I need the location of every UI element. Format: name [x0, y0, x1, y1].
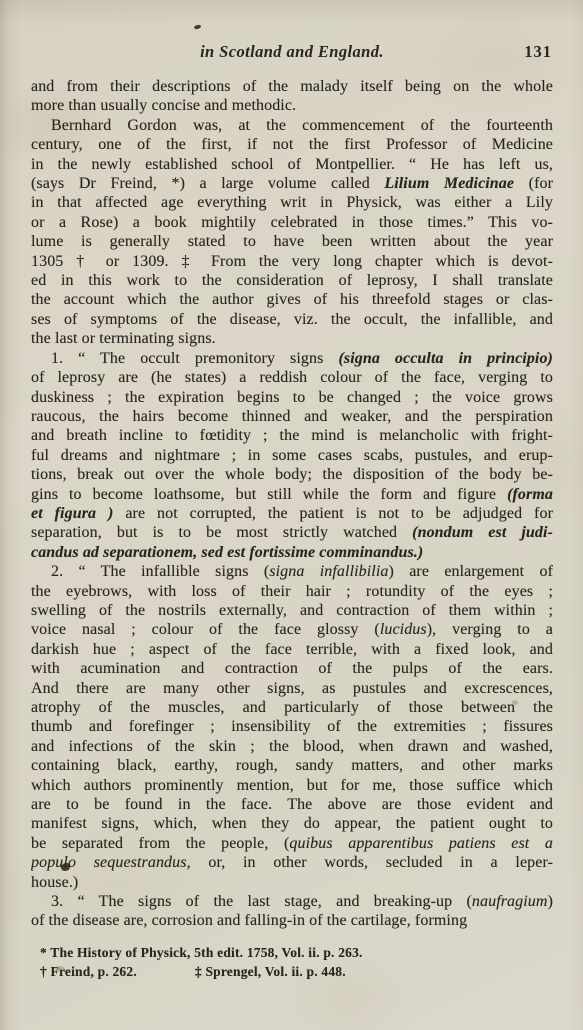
text-line: of the disease are, corrosion and fallin… — [31, 911, 553, 930]
latin-phrase: naufragium — [472, 893, 548, 910]
text-line: 1. “ The occult premonitory signs (signa… — [31, 349, 553, 368]
text-segment: century, one of the first, if not the fi… — [31, 136, 553, 153]
latin-phrase: et figura ) — [31, 505, 113, 522]
text-segment: tions, break out over the whole body; th… — [31, 466, 553, 483]
text-segment: 1305 † or 1309. ‡ From the very long cha… — [31, 253, 553, 270]
text-segment: † Freind, p. 262. — [40, 964, 137, 979]
text-segment: of leprosy are (he states) a reddish col… — [31, 369, 553, 386]
text-segment: and breath incline to fœtidity ; the min… — [31, 427, 553, 444]
text-line: the eyebrows, with loss of their hair ; … — [31, 582, 553, 601]
text-segment: 2. “ The infallible signs ( — [51, 563, 269, 580]
text-segment: ), verging to a — [427, 621, 553, 638]
text-segment: thumb and forefinger ; insensibility of … — [31, 718, 553, 735]
ink-speck — [194, 24, 202, 30]
text-segment: the account which the author gives of hi… — [31, 291, 553, 308]
latin-phrase: populo sequestrandus — [31, 854, 187, 871]
text-segment: ) — [548, 893, 553, 910]
text-segment: the eyebrows, with loss of their hair ; … — [31, 583, 553, 600]
text-segment: , or, in other words, secluded in a lepe… — [187, 854, 553, 871]
text-line: of leprosy are (he states) a reddish col… — [31, 368, 553, 387]
text-segment: ed in this work to the consideration of … — [31, 272, 553, 289]
text-segment: atrophy of the muscles, and particularly… — [31, 699, 553, 716]
text-line: separation, but is to be most strictly w… — [31, 523, 553, 542]
text-line: ses of symptoms of the disease, viz. the… — [31, 310, 553, 329]
text-segment: the last or terminating signs. — [31, 330, 216, 347]
page-number: 131 — [524, 42, 552, 62]
text-segment: which authors prominently mention, but f… — [31, 777, 553, 794]
body-text: and from their descriptions of the malad… — [31, 77, 553, 931]
footnotes: * The History of Physick, 5th edit. 1758… — [40, 943, 540, 982]
text-segment: house.) — [31, 874, 78, 891]
text-line: darkish hue ; aspect of the face terribl… — [31, 640, 553, 659]
text-segment: and infections of the skin ; the blood, … — [31, 738, 553, 755]
text-line: * The History of Physick, 5th edit. 1758… — [40, 943, 540, 962]
page-header: in Scotland and England. 131 — [31, 42, 553, 64]
text-line: et figura ) are not corrupted, the patie… — [31, 504, 553, 523]
text-segment: ses of symptoms of the disease, viz. the… — [31, 311, 553, 328]
text-segment: lume is generally stated to have been wr… — [31, 233, 553, 250]
latin-phrase: (signa occulta in principio) — [338, 350, 553, 367]
text-line: populo sequestrandus, or, in other words… — [31, 853, 553, 872]
text-segment: more than usually concise and methodic. — [31, 97, 296, 114]
text-line: voice nasal ; colour of the face glossy … — [31, 620, 553, 639]
text-segment: or a Rose) a book mightily celebrated in… — [31, 214, 553, 231]
text-line: and breath incline to fœtidity ; the min… — [31, 426, 553, 445]
text-segment: separation, but is to be most strictly w… — [31, 524, 412, 541]
text-line: and infections of the skin ; the blood, … — [31, 737, 553, 756]
text-segment: And there are many other signs, as pustu… — [31, 680, 553, 697]
latin-phrase: Lilium Medicinae — [384, 175, 514, 192]
text-line: (says Dr Freind, *) a large volume calle… — [31, 174, 553, 193]
text-line: and from their descriptions of the malad… — [31, 77, 553, 96]
text-line: 2. “ The infallible signs (signa infalli… — [31, 562, 553, 581]
text-line: in that affected age everything writ in … — [31, 193, 553, 212]
text-segment: ful dreams and nightmare ; in some cases… — [31, 447, 553, 464]
text-segment: 1. “ The occult premonitory signs — [51, 350, 338, 367]
text-segment: ‡ Sprengel, Vol. ii. p. 448. — [195, 964, 346, 979]
text-segment: duskiness ; the expiration begins to be … — [31, 389, 553, 406]
text-segment: with acumination and contraction of the … — [31, 660, 553, 677]
text-segment: Bernhard Gordon was, at the commencement… — [51, 117, 553, 134]
text-segment: swelling of the nostrils externally, and… — [31, 602, 553, 619]
text-line: ful dreams and nightmare ; in some cases… — [31, 446, 553, 465]
text-line: raucous, the hairs become thinned and we… — [31, 407, 553, 426]
text-segment: raucous, the hairs become thinned and we… — [31, 408, 553, 425]
text-line: swelling of the nostrils externally, and… — [31, 601, 553, 620]
text-line: And there are many other signs, as pustu… — [31, 679, 553, 698]
text-line: are to be found in the face. The above a… — [31, 795, 553, 814]
text-line: thumb and forefinger ; insensibility of … — [31, 717, 553, 736]
text-line: house.) — [31, 873, 553, 892]
text-line: in the newly established school of Montp… — [31, 155, 553, 174]
latin-phrase: quibus apparentibus patiens est a — [289, 835, 553, 852]
text-line: ed in this work to the consideration of … — [31, 271, 553, 290]
text-line: atrophy of the muscles, and particularly… — [31, 698, 553, 717]
running-title: in Scotland and England. — [31, 42, 553, 62]
latin-phrase: (forma — [507, 486, 553, 503]
text-line: the account which the author gives of hi… — [31, 290, 553, 309]
latin-phrase: (nondum est judi- — [412, 524, 553, 541]
text-line: 1305 † or 1309. ‡ From the very long cha… — [31, 252, 553, 271]
book-page: in Scotland and England. 131 and from th… — [0, 0, 583, 1030]
text-segment: in that affected age everything writ in … — [31, 194, 553, 211]
text-segment: of the disease are, corrosion and fallin… — [31, 912, 467, 929]
text-line: or a Rose) a book mightily celebrated in… — [31, 213, 553, 232]
text-line: tions, break out over the whole body; th… — [31, 465, 553, 484]
latin-phrase: lucidus — [380, 621, 427, 638]
text-line: lume is generally stated to have been wr… — [31, 232, 553, 251]
text-segment: (for — [514, 175, 553, 192]
text-line: Bernhard Gordon was, at the commencement… — [31, 116, 553, 135]
text-segment: be separated from the people, ( — [31, 835, 289, 852]
text-segment: voice nasal ; colour of the face glossy … — [31, 621, 380, 638]
latin-phrase: signa infallibilia — [269, 563, 388, 580]
latin-phrase: candus ad separationem, sed est fortissi… — [31, 544, 423, 561]
text-segment: ) are enlargement of — [389, 563, 554, 580]
text-line: gins to become loathsome, but still whil… — [31, 485, 553, 504]
text-line: duskiness ; the expiration begins to be … — [31, 388, 553, 407]
text-segment: manifest signs, which, when they do appe… — [31, 815, 553, 832]
text-line: which authors prominently mention, but f… — [31, 776, 553, 795]
text-line: be separated from the people, (quibus ap… — [31, 834, 553, 853]
text-line: 3. “ The signs of the last stage, and br… — [31, 892, 553, 911]
text-segment: * The History of Physick, 5th edit. 1758… — [40, 945, 363, 960]
text-segment: darkish hue ; aspect of the face terribl… — [31, 641, 553, 658]
text-segment: and from their descriptions of the malad… — [31, 78, 553, 95]
text-line: the last or terminating signs. — [31, 329, 553, 348]
text-segment: are not corrupted, the patient is not to… — [113, 505, 553, 522]
text-segment: in the newly established school of Montp… — [31, 156, 553, 173]
text-line: † Freind, p. 262.‡ Sprengel, Vol. ii. p.… — [40, 962, 540, 981]
text-line: century, one of the first, if not the fi… — [31, 135, 553, 154]
text-line: candus ad separationem, sed est fortissi… — [31, 543, 553, 562]
text-line: containing black, earthy, rough, sandy m… — [31, 756, 553, 775]
text-segment: (says Dr Freind, *) a large volume calle… — [31, 175, 384, 192]
text-line: with acumination and contraction of the … — [31, 659, 553, 678]
text-segment: gins to become loathsome, but still whil… — [31, 486, 507, 503]
text-segment: are to be found in the face. The above a… — [31, 796, 553, 813]
text-segment: containing black, earthy, rough, sandy m… — [31, 757, 553, 774]
text-segment: 3. “ The signs of the last stage, and br… — [51, 893, 472, 910]
text-line: more than usually concise and methodic. — [31, 96, 553, 115]
text-line: manifest signs, which, when they do appe… — [31, 814, 553, 833]
